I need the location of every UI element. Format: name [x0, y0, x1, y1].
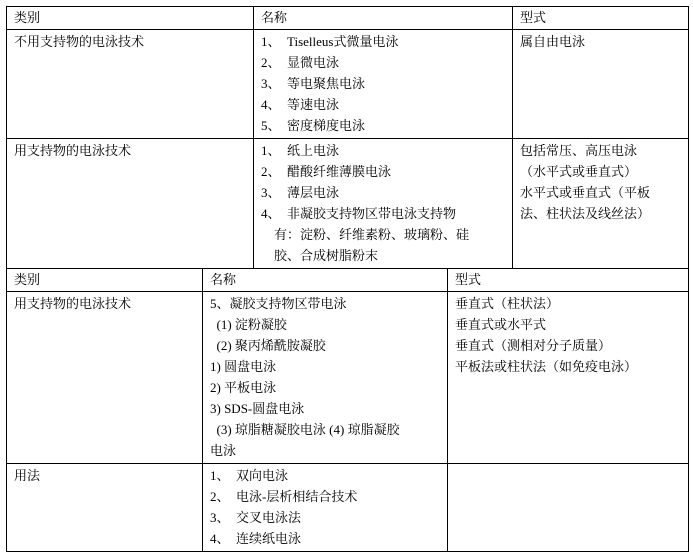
table-row-supported-electrophoresis: 用支持物的电泳技术 1、 纸上电泳2、 醋酸纤维薄膜电泳3、 薄层电泳4、 非凝… [7, 139, 689, 269]
electrophoresis-table-lower: 类别 名称 型式 用支持物的电泳技术 5、凝胶支持物区带电泳 (1) 淀粉凝胶 … [6, 268, 689, 552]
text-line: 2、 醋酸纤维薄膜电泳 [261, 161, 506, 182]
column-header-category: 类别 [7, 269, 203, 292]
category-cell: 不用支持物的电泳技术 [7, 30, 254, 139]
text-line: 水平式或垂直式（平板 [520, 182, 682, 203]
text-line: 胶、合成树脂粉末 [261, 245, 506, 266]
text-line: 2、 电泳-层析相结合技术 [210, 486, 441, 507]
text-line: 5、 密度梯度电泳 [261, 115, 506, 136]
text-line: 法、柱状法及线丝法） [520, 203, 682, 224]
category-cell: 用支持物的电泳技术 [7, 292, 203, 464]
text-line: 1) 圆盘电泳 [210, 356, 441, 377]
name-list-cell: 1、 Tiselleus式微量电泳2、 显微电泳3、 等电聚焦电泳4、 等速电泳… [254, 30, 513, 139]
header-row: 类别 名称 型式 [7, 269, 689, 292]
category-cell: 用法 [7, 464, 203, 552]
type-cell: 包括常压、高压电泳（水平式或垂直式）水平式或垂直式（平板法、柱状法及线丝法） [513, 139, 689, 269]
text-line: 1、 纸上电泳 [261, 140, 506, 161]
column-header-type: 型式 [448, 269, 689, 292]
text-line: 包括常压、高压电泳 [520, 140, 682, 161]
table-row-usage: 用法 1、 双向电泳2、 电泳-层析相结合技术3、 交叉电泳法4、 连续纸电泳 [7, 464, 689, 552]
text-line: (2) 聚丙烯酰胺凝胶 [210, 335, 441, 356]
column-header-category: 类别 [7, 7, 254, 30]
text-line: 4、 等速电泳 [261, 94, 506, 115]
text-line: 4、 非凝胶支持物区带电泳支持物 [261, 203, 506, 224]
column-header-name: 名称 [203, 269, 448, 292]
text-line: 平板法或柱状法（如免疫电泳） [455, 356, 682, 377]
header-row: 类别 名称 型式 [7, 7, 689, 30]
table-row-gel-supported-electrophoresis: 用支持物的电泳技术 5、凝胶支持物区带电泳 (1) 淀粉凝胶 (2) 聚丙烯酰胺… [7, 292, 689, 464]
column-header-name: 名称 [254, 7, 513, 30]
text-line: 5、凝胶支持物区带电泳 [210, 293, 441, 314]
text-line: 4、 连续纸电泳 [210, 528, 441, 549]
text-line: 3、 薄层电泳 [261, 182, 506, 203]
text-line: 3、 等电聚焦电泳 [261, 73, 506, 94]
text-line: (3) 琼脂糖凝胶电泳 (4) 琼脂凝胶 [210, 419, 441, 440]
text-line: (1) 淀粉凝胶 [210, 314, 441, 335]
text-line: 1、 Tiselleus式微量电泳 [261, 31, 506, 52]
electrophoresis-table-upper: 类别 名称 型式 不用支持物的电泳技术 1、 Tiselleus式微量电泳2、 … [6, 6, 689, 269]
text-line: 3、 交叉电泳法 [210, 507, 441, 528]
text-line: 1、 双向电泳 [210, 465, 441, 486]
text-line: 垂直式或水平式 [455, 314, 682, 335]
text-line: 属自由电泳 [520, 31, 682, 52]
text-line: （水平式或垂直式） [520, 161, 682, 182]
column-header-type: 型式 [513, 7, 689, 30]
type-cell: 属自由电泳 [513, 30, 689, 139]
text-line: 电泳 [210, 440, 441, 461]
document-page: 类别 名称 型式 不用支持物的电泳技术 1、 Tiselleus式微量电泳2、 … [6, 6, 688, 552]
name-list-cell: 5、凝胶支持物区带电泳 (1) 淀粉凝胶 (2) 聚丙烯酰胺凝胶1) 圆盘电泳2… [203, 292, 448, 464]
type-cell [448, 464, 689, 552]
text-line: 2、 显微电泳 [261, 52, 506, 73]
name-list-cell: 1、 双向电泳2、 电泳-层析相结合技术3、 交叉电泳法4、 连续纸电泳 [203, 464, 448, 552]
text-line: 2) 平板电泳 [210, 377, 441, 398]
text-line: 有：淀粉、纤维素粉、玻璃粉、硅 [261, 224, 506, 245]
text-line: 垂直式（测相对分子质量） [455, 335, 682, 356]
text-line: 垂直式（柱状法） [455, 293, 682, 314]
text-line: 3) SDS-圆盘电泳 [210, 398, 441, 419]
name-list-cell: 1、 纸上电泳2、 醋酸纤维薄膜电泳3、 薄层电泳4、 非凝胶支持物区带电泳支持… [254, 139, 513, 269]
category-cell: 用支持物的电泳技术 [7, 139, 254, 269]
type-cell: 垂直式（柱状法）垂直式或水平式垂直式（测相对分子质量）平板法或柱状法（如免疫电泳… [448, 292, 689, 464]
table-row-free-electrophoresis: 不用支持物的电泳技术 1、 Tiselleus式微量电泳2、 显微电泳3、 等电… [7, 30, 689, 139]
